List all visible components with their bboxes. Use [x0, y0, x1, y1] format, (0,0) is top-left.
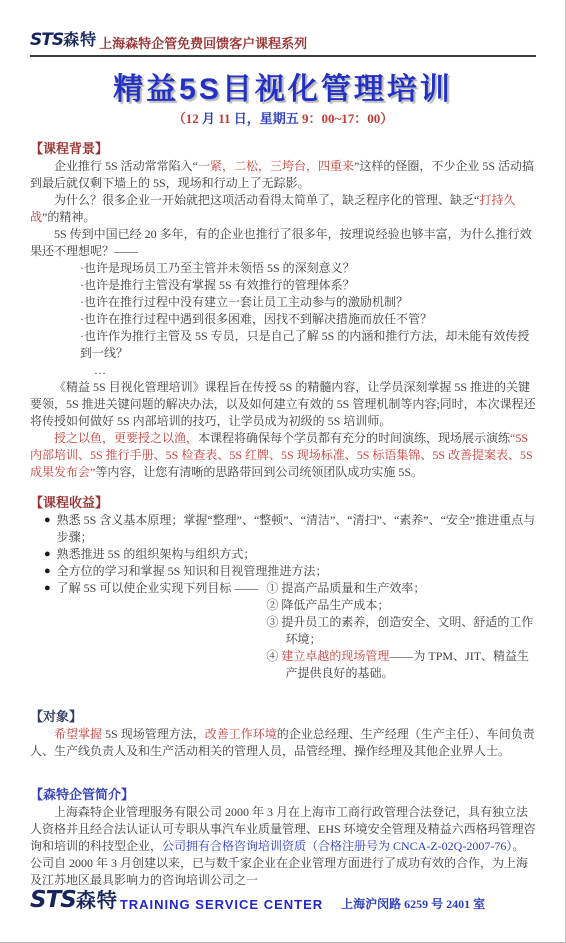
company-heading: 【森特企管简介】: [30, 786, 536, 804]
header-divider: [30, 55, 536, 57]
sts-logo-text: STS: [30, 30, 63, 50]
sts-logo-chinese: 森特: [63, 30, 97, 49]
brand: STS森特 上海森特企管免费回馈客户课程系列: [30, 32, 536, 50]
background-heading: 【课程背景】: [30, 140, 536, 158]
question-item: ·也许在推行过程中遇到很多困难，因找不到解决措施而放任不管？: [80, 311, 536, 328]
question-item: ·也许作为推行主管及 5S 专员，只是自己了解 5S 的内涵和推行方法，却未能有…: [80, 328, 536, 362]
page-footer: STS森特 TRAINING SERVICE CENTER 上海沪闵路 6259…: [30, 889, 536, 912]
question-item: ·也许是推行主管没有掌握 5S 有效推行的管理体系？: [80, 277, 536, 294]
sts-logo-chinese: 森特: [76, 888, 118, 912]
background-paragraph: 授之以鱼，更要授之以渔，本课程将确保每个学员都有充分的时间演练，现场展示演练“5…: [30, 430, 536, 481]
question-list: ·也许是现场员工乃至主管并未领悟 5S 的深刻意义？ ·也许是推行主管没有掌握 …: [30, 260, 536, 379]
bullet-icon: ●: [44, 563, 51, 580]
audience-heading: 【对象】: [30, 708, 536, 726]
section-background: 【课程背景】 企业推行 5S 活动常常陷入“一紧，二松，三垮台，四重来”这样的怪…: [30, 140, 536, 481]
bullet-icon: ●: [44, 546, 51, 563]
benefit-item: ● 全方位的学习和掌握 5S 知识和目视管理推进方法；: [30, 563, 536, 580]
series-title: 上海森特企管免费回馈客户课程系列: [99, 37, 307, 50]
question-item: ·也许是现场员工乃至主管并未领悟 5S 的深刻意义？: [80, 260, 536, 277]
audience-paragraph: 希望掌握 5S 现场管理方法，改善工作环境的企业总经理、生产经理（生产主任）、车…: [30, 726, 536, 760]
goal-item: ① 提高产品质量和生产效率；: [266, 580, 536, 597]
benefit-text: 熟悉推进 5S 的组织架构与组织方式；: [57, 546, 256, 563]
footer-service-text: TRAINING SERVICE CENTER: [120, 897, 323, 912]
background-paragraph: 5S 传到中国已经 20 多年，有的企业也推行了很多年，按理说经验也够丰富，为什…: [30, 226, 536, 260]
goal-prefix: 了解 5S 可以使企业实现下列目标 ——: [57, 580, 259, 597]
background-paragraph: 为什么？很多企业一开始就把这项活动看得太简单了，缺乏程序化的管理、缺乏“打持久战…: [30, 192, 536, 226]
course-date: （12 月 11 日，星期五 9：00~17：00）: [30, 110, 536, 127]
benefit-item-goals: ● 了解 5S 可以使企业实现下列目标 —— ① 提高产品质量和生产效率； ② …: [30, 580, 536, 682]
training-flyer-page: STS森特 上海森特企管免费回馈客户课程系列 精益5S目视化管理培训 （12 月…: [0, 0, 566, 943]
question-item: ·也许在推行过程中没有建立一套让员工主动参与的激励机制？: [80, 294, 536, 311]
goal-item: ② 降低产品生产成本；: [266, 597, 536, 614]
footer-address: 上海沪闵路 6259 号 2401 室: [341, 897, 485, 912]
goal-item: ③ 提升员工的素养，创造安全、文明、舒适的工作环境；: [266, 614, 536, 648]
benefit-text: 熟悉 5S 含义基本原理；掌握“整理”、“整顿”、“清洁”、“清扫”、“素养”、…: [57, 512, 536, 546]
bullet-icon: ●: [44, 580, 51, 597]
section-audience: 【对象】 希望掌握 5S 现场管理方法，改善工作环境的企业总经理、生产经理（生产…: [30, 708, 536, 760]
goal-item: ④ 建立卓越的现场管理——为 TPM、JIT、精益生产提供良好的基础。: [266, 648, 536, 682]
background-paragraph: 《精益 5S 目视化管理培训》课程旨在传授 5S 的精髓内容，让学员深刻掌握 5…: [30, 379, 536, 430]
benefits-heading: 【课程收益】: [30, 494, 536, 512]
sts-logo-text: STS: [30, 887, 76, 913]
section-benefits: 【课程收益】 ● 熟悉 5S 含义基本原理；掌握“整理”、“整顿”、“清洁”、“…: [30, 494, 536, 682]
bullet-icon: ●: [44, 512, 51, 546]
section-company: 【森特企管简介】 上海森特企业管理服务有限公司 2000 年 3 月在上海市工商…: [30, 786, 536, 889]
benefit-text: 全方位的学习和掌握 5S 知识和目视管理推进方法；: [57, 563, 328, 580]
benefit-item: ● 熟悉推进 5S 的组织架构与组织方式；: [30, 546, 536, 563]
sts-logo: STS森特: [30, 32, 97, 50]
goal-list: ① 提高产品质量和生产效率； ② 降低产品生产成本； ③ 提升员工的素养，创造安…: [266, 580, 536, 682]
benefit-item: ● 熟悉 5S 含义基本原理；掌握“整理”、“整顿”、“清洁”、“清扫”、“素养…: [30, 512, 536, 546]
page-header: STS森特 上海森特企管免费回馈客户课程系列: [30, 32, 536, 57]
background-paragraph: 企业推行 5S 活动常常陷入“一紧，二松，三垮台，四重来”这样的怪圈，不少企业 …: [30, 158, 536, 192]
sts-logo-footer: STS森特: [30, 889, 118, 912]
page-title: 精益5S目视化管理培训: [30, 73, 536, 107]
company-paragraph: 上海森特企业管理服务有限公司 2000 年 3 月在上海市工商行政管理合法登记，…: [30, 804, 536, 889]
ellipsis: …: [80, 362, 536, 379]
